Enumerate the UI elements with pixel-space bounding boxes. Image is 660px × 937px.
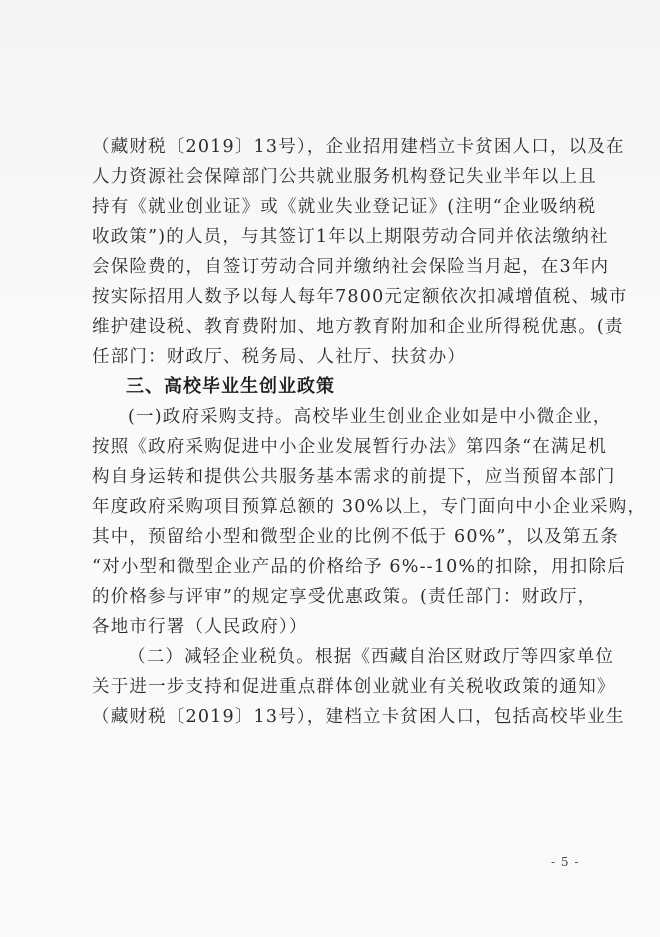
text-line: 构自身运转和提供公共服务基本需求的前提下，应当预留本部门: [92, 462, 572, 492]
text-line: 年度政府采购项目预算总额的 30%以上，专门面向中小企业采购，: [92, 492, 572, 522]
text-line: 其中，预留给小型和微型企业的比例不低于 60%”，以及第五条: [92, 522, 572, 552]
text-line: 会保险费的，自签订劳动合同并缴纳社会保险当月起，在3年内: [92, 252, 572, 282]
text-line: 按实际招用人数予以每人每年7800元定额依次扣减增值税、城市: [92, 282, 572, 312]
text-line: 持有《就业创业证》或《就业失业登记证》(注明“企业吸纳税: [92, 192, 572, 222]
text-line: 任部门：财政厅、税务局、人社厅、扶贫办）: [92, 342, 572, 372]
text-line: 关于进一步支持和促进重点群体创业就业有关税收政策的通知》: [92, 672, 572, 702]
text-line: （二）减轻企业税负。根据《西藏自治区财政厅等四家单位: [92, 642, 572, 672]
text-line: 收政策”)的人员，与其签订1年以上期限劳动合同并依法缴纳社: [92, 222, 572, 252]
text-line: “对小型和微型企业产品的价格给予 6%--10%的扣除，用扣除后: [92, 552, 572, 582]
text-line: 按照《政府采购促进中小企业发展暂行办法》第四条“在满足机: [92, 432, 572, 462]
document-page: （藏财税〔2019〕13号），企业招用建档立卡贫困人口，以及在 人力资源社会保障…: [0, 0, 660, 937]
text-line: 的价格参与评审”的规定享受优惠政策。(责任部门：财政厅，: [92, 582, 572, 612]
text-line: (一)政府采购支持。高校毕业生创业企业如是中小微企业，: [92, 402, 572, 432]
section-heading: 三、高校毕业生创业政策: [92, 372, 572, 402]
document-body: （藏财税〔2019〕13号），企业招用建档立卡贫困人口，以及在 人力资源社会保障…: [92, 132, 572, 732]
text-line: （藏财税〔2019〕13号），企业招用建档立卡贫困人口，以及在: [92, 132, 572, 162]
text-line: （藏财税〔2019〕13号），建档立卡贫困人口，包括高校毕业生: [92, 702, 572, 732]
text-line: 维护建设税、教育费附加、地方教育附加和企业所得税优惠。(责: [92, 312, 572, 342]
text-line: 人力资源社会保障部门公共就业服务机构登记失业半年以上且: [92, 162, 572, 192]
text-line: 各地市行署（人民政府））: [92, 612, 572, 642]
page-number: - 5 -: [551, 855, 579, 869]
